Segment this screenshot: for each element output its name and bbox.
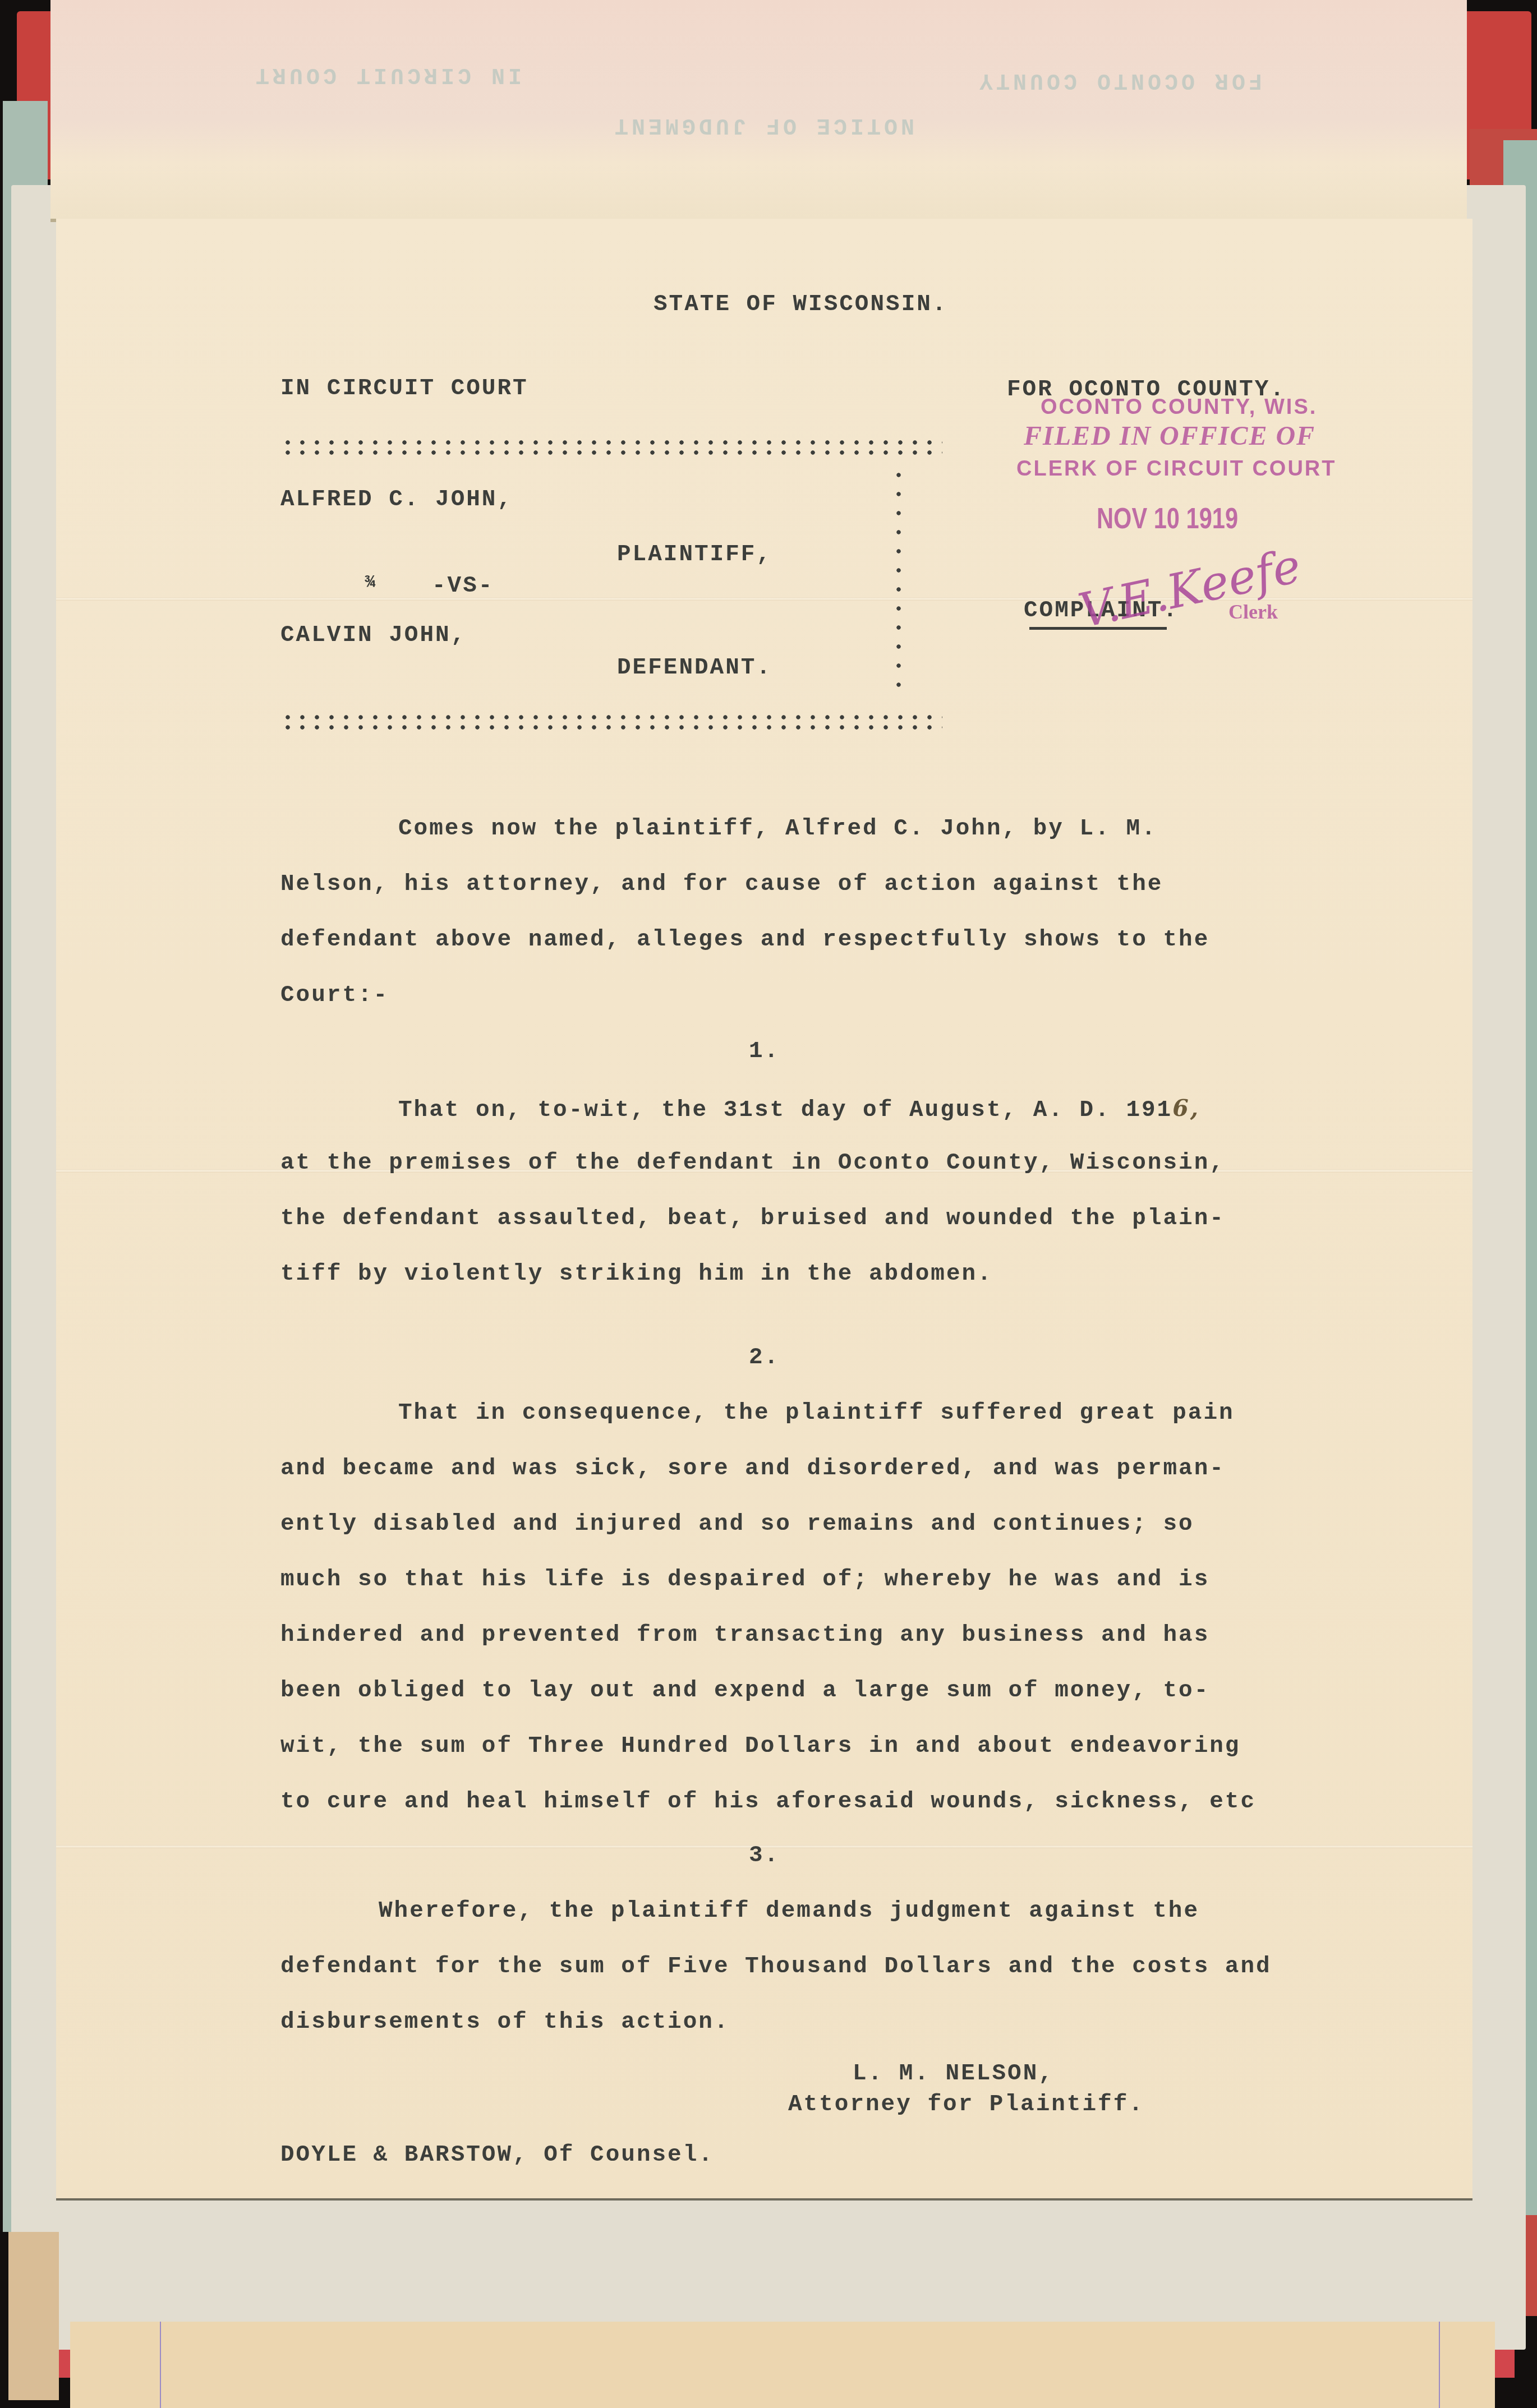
handwritten-year-correction: 6, [1172,1095,1200,1122]
section-number: 3. [56,1843,1472,1869]
ruled-paper-sheet [70,2322,1495,2408]
court-name: IN CIRCUIT COURT [280,376,528,402]
plaintiff-name: ALFRED C. JOHN, [280,487,513,513]
stamp-clerk-office: CLERK OF CIRCUIT COURT [1016,457,1337,481]
caption-right-border [893,465,904,695]
margin-line-right [1439,2322,1440,2408]
attorney-name: L. M. NELSON, [853,2061,1054,2087]
defendant-name: CALVIN JOHN, [280,622,466,648]
section-2-line: to cure and heal himself of his aforesai… [280,1789,1256,1815]
caption-bottom-border [280,712,942,732]
stray-mark: ¾ [365,572,377,593]
intro-line: Nelson, his attorney, and for cause of a… [280,871,1163,897]
bleed-through-title: NOTICE OF JUDGMENT [611,112,914,137]
section-number: 2. [56,1345,1472,1371]
section-2-line: much so that his life is despaired of; w… [280,1567,1209,1593]
margin-line-left [160,2322,161,2408]
stamp-clerk-title: Clerk [1228,600,1278,624]
plaintiff-role: PLAINTIFF, [617,542,772,568]
tan-torn-strip [8,2232,59,2400]
folded-flap: IN CIRCUIT COURT FOR OCONTO COUNTY NOTIC… [50,0,1467,222]
complaint-page: STATE OF WISCONSIN. IN CIRCUIT COURT FOR… [56,219,1472,2198]
section-1-line: That on, to-wit, the 31st day of August,… [398,1095,1200,1123]
section-2-line: That in consequence, the plaintiff suffe… [398,1400,1235,1426]
defendant-role: DEFENDANT. [617,655,772,681]
intro-line: defendant above named, alleges and respe… [280,927,1209,953]
section-3-line: defendant for the sum of Five Thousand D… [280,1954,1272,1980]
bleed-through-county: FOR OCONTO COUNTY [976,67,1262,93]
section-3-line: disbursements of this action. [280,2009,730,2035]
section-1-line-text: That on, to-wit, the 31st day of August,… [398,1097,1172,1123]
state-heading: STATE OF WISCONSIN. [654,292,947,317]
stamp-county: OCONTO COUNTY, WIS. [1041,395,1317,419]
intro-line: Comes now the plaintiff, Alfred C. John,… [398,816,1157,842]
section-2-line: hindered and prevented from transacting … [280,1622,1209,1648]
versus: -VS- [432,573,494,599]
section-number: 1. [56,1039,1472,1064]
section-3-line: Wherefore, the plaintiff demands judgmen… [379,1898,1199,1924]
section-2-line: been obliged to lay out and expend a lar… [280,1678,1209,1704]
section-1-line: the defendant assaulted, beat, bruised a… [280,1206,1225,1231]
attorney-title: Attorney for Plaintiff. [788,2092,1144,2118]
section-2-line: and became and was sick, sore and disord… [280,1456,1225,1482]
stamp-date: NOV 10 1919 [1097,502,1238,536]
intro-line: Court:- [280,982,389,1008]
stamp-filed: FILED IN OFFICE OF [1024,421,1315,451]
section-1-line: at the premises of the defendant in Ocon… [280,1150,1225,1176]
section-2-line: ently disabled and injured and so remain… [280,1511,1194,1537]
section-1-line: tiff by violently striking him in the ab… [280,1261,993,1287]
of-counsel: DOYLE & BARSTOW, Of Counsel. [280,2142,714,2168]
section-2-line: wit, the sum of Three Hundred Dollars in… [280,1733,1240,1759]
bleed-through-court: IN CIRCUIT COURT [252,62,522,87]
caption-top-border [280,437,942,458]
